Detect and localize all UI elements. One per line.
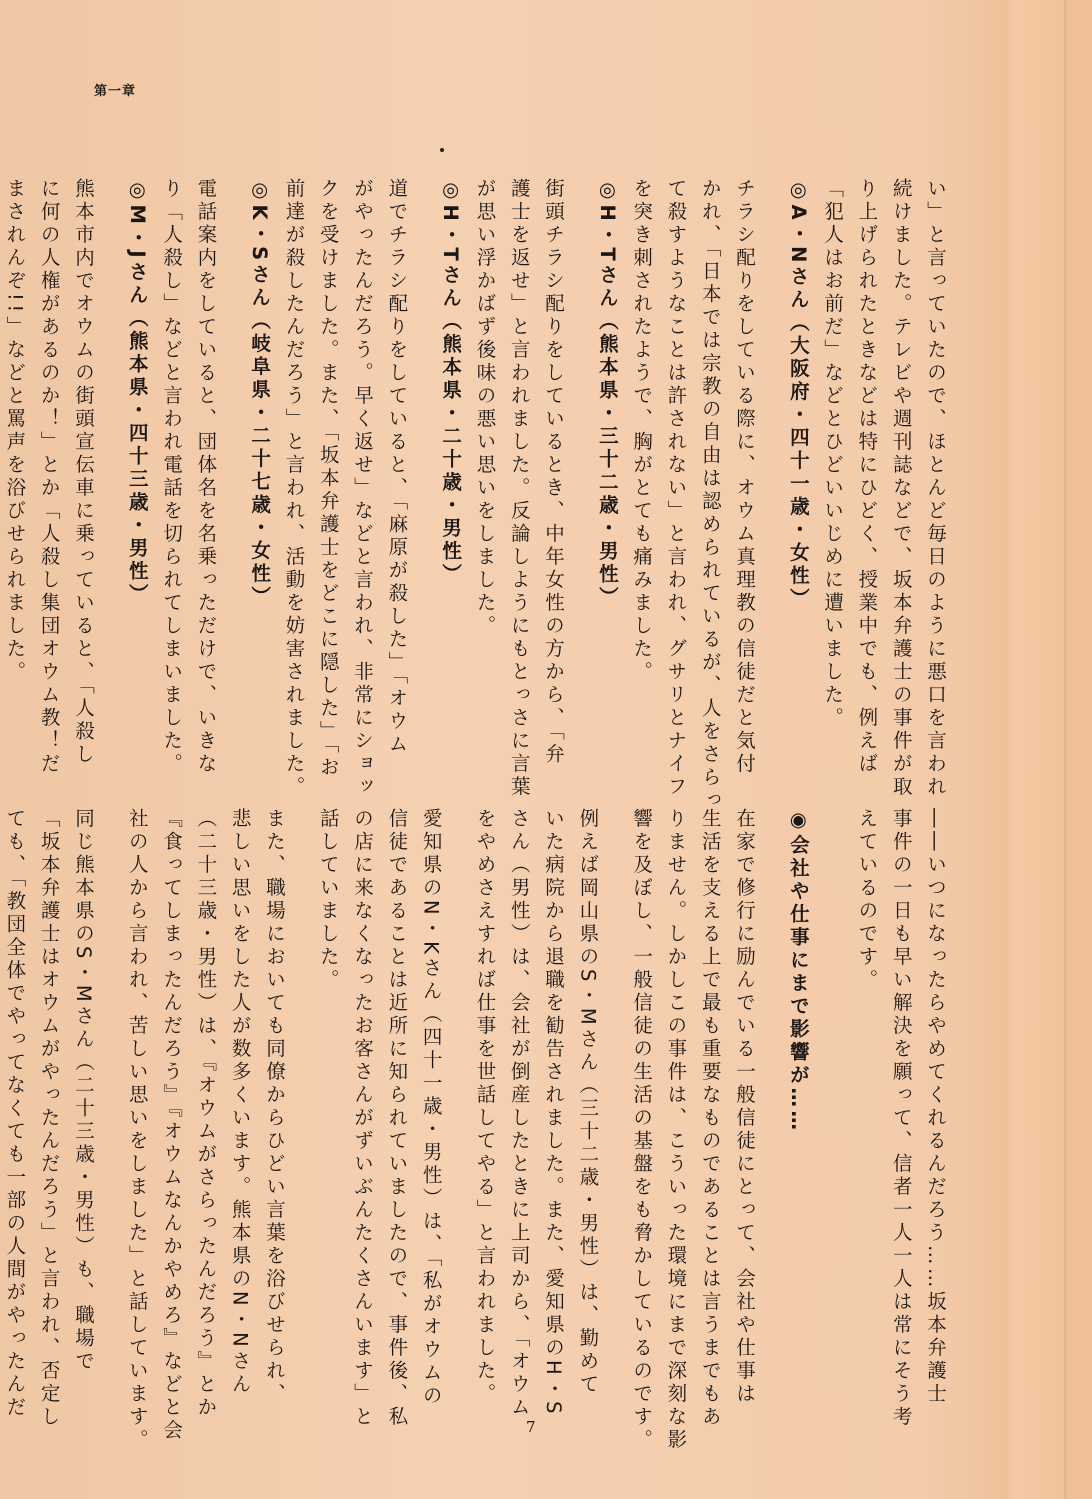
testimony-heading: ◎K・Sさん（岐阜県・二十七歳・女性）	[242, 178, 276, 728]
text-line: 愛知県のN・Kさん（四十一歳・男性）は、「私がオウムの	[413, 808, 467, 1368]
text-line: 『食ってしまったんだろう』『オウムなんかやめろ』などと会	[154, 808, 188, 1368]
text-line: 生活を支える上で最も重要なものであることは言うまでもあ	[692, 808, 726, 1368]
text-line: 例えば岡山県のS・Mさん（三十二歳・男性）は、勤めて	[570, 808, 624, 1368]
text-line: クを受けました。また、「坂本弁護士をどこに隠した」「お	[310, 178, 344, 728]
text-line: に何の人権があるのか！」とか「人殺し集団オウム教！だ	[31, 178, 65, 728]
text-line: チラシ配りをしている際に、オウム真理教の信徒だと気付	[727, 178, 781, 728]
section-heading: ◉会社や仕事にまで影響が……	[781, 808, 815, 1368]
text-line: まされんぞ!!」などと罵声を浴びせられました。	[0, 178, 31, 728]
text-line: さん（男性）は、会社が倒産したときに上司から、「オウム	[501, 808, 535, 1368]
text-line: い」と言っていたので、ほとんど毎日のように悪口を言われ	[918, 178, 952, 728]
text-line: ――いつになったらやめてくれるんだろう……坂本弁護士	[918, 808, 952, 1368]
text-line: いた病院から退職を勧告されました。また、愛知県のH・S	[536, 808, 570, 1368]
text-line: 熊本市内でオウムの街頭宣伝車に乗っていると、「人殺し	[66, 178, 120, 728]
text-line: 護士を返せ」と言われました。反論しようにもとっさに言葉	[501, 178, 535, 728]
top-text-section: い」と言っていたので、ほとんど毎日のように悪口を言われ 続けました。テレビや週刊…	[92, 178, 952, 728]
text-line: 電話案内をしていると、団体名を名乗っただけで、いきな	[188, 178, 242, 728]
text-line: 「犯人はお前だ」などとひどいいじめに遭いました。	[815, 178, 849, 728]
text-line: りません。しかしこの事件は、こういった環境にまで深刻な影	[658, 808, 692, 1368]
text-line: が思い浮かばず後味の悪い思いをしました。	[467, 178, 501, 728]
testimony-heading: ◎A・Nさん（大阪府・四十一歳・女性）	[781, 178, 815, 728]
blank-line: ​	[815, 808, 849, 1368]
text-line: 在家で修行に励んでいる一般信徒にとって、会社や仕事は	[727, 808, 781, 1368]
text-line: 悲しい思いをした人が数多くいます。熊本県のN・Nさん	[222, 808, 256, 1368]
text-line: り「人殺し」などと言われ電話を切られてしまいました。	[154, 178, 188, 728]
text-line: また、職場においても同僚からひどい言葉を浴びせられ、	[257, 808, 311, 1368]
text-line: 道でチラシ配りをしていると、「麻原が殺した」「オウム	[379, 178, 433, 728]
text-line: り上げられたときなどは特にひどく、授業中でも、例えば	[849, 178, 883, 728]
text-line: えているのです。	[849, 808, 883, 1368]
text-line: 前達が殺したんだろう」と言われ、活動を妨害されました。	[276, 178, 310, 728]
text-line: 信徒であることは近所に知られていましたので、事件後、私	[379, 808, 413, 1368]
testimony-heading: ◎H・Tさん（熊本県・二十歳・男性）	[433, 178, 467, 728]
bottom-text-section: ――いつになったらやめてくれるんだろう……坂本弁護士 事件の一日も早い解決を願っ…	[92, 808, 952, 1368]
page-number: 7	[526, 1418, 536, 1436]
text-line: 響を及ぼし、一般信徒の生活の基盤をも脅かしているのです。	[624, 808, 658, 1368]
testimony-heading: ◎H・Tさん（熊本県・三十二歳・男性）	[590, 178, 624, 728]
text-line: 話していました。	[310, 808, 344, 1368]
text-line: を突き刺されたようで、胸がとても痛みました。	[624, 178, 658, 728]
print-speck	[440, 148, 444, 152]
scanned-page: 第一章 い」と言っていたので、ほとんど毎日のように悪口を言われ 続けました。テレ…	[0, 0, 1092, 1499]
page-fold-edge	[1064, 0, 1067, 1499]
text-line: かれ、「日本では宗教の自由は認められているが、人をさらっ	[692, 178, 726, 728]
text-line: 「坂本弁護士はオウムがやったんだろう」と言われ、否定し	[31, 808, 65, 1368]
chapter-header: 第一章	[94, 80, 136, 99]
text-line: がやったんだろう。早く返せ」などと言われ、非常にショッ	[345, 178, 379, 728]
text-line: 同じ熊本県のS・Mさん（二十三歳・男性）も、職場で	[66, 808, 120, 1368]
text-line: 社の人から言われ、苦しい思いをしました」と話しています。	[119, 808, 153, 1368]
text-line: 事件の一日も早い解決を願って、信者一人一人は常にそう考	[883, 808, 917, 1368]
text-line: の店に来なくなったお客さんがずいぶんたくさんいます」と	[345, 808, 379, 1368]
text-line: 街頭チラシ配りをしているとき、中年女性の方から、「弁	[536, 178, 590, 728]
text-line: をやめさえすれば仕事を世話してやる」と言われました。	[467, 808, 501, 1368]
testimony-heading: ◎M・Jさん（熊本県・四十三歳・男性）	[119, 178, 153, 728]
text-line: て殺すようなことは許されない」と言われ、グサリとナイフ	[658, 178, 692, 728]
text-line: ても、「教団全体でやってなくても一部の人間がやったんだ	[0, 808, 31, 1368]
text-line: 続けました。テレビや週刊誌などで、坂本弁護士の事件が取	[883, 178, 917, 728]
text-line: （二十三歳・男性）は、『オウムがさらったんだろう』とか	[188, 808, 222, 1368]
